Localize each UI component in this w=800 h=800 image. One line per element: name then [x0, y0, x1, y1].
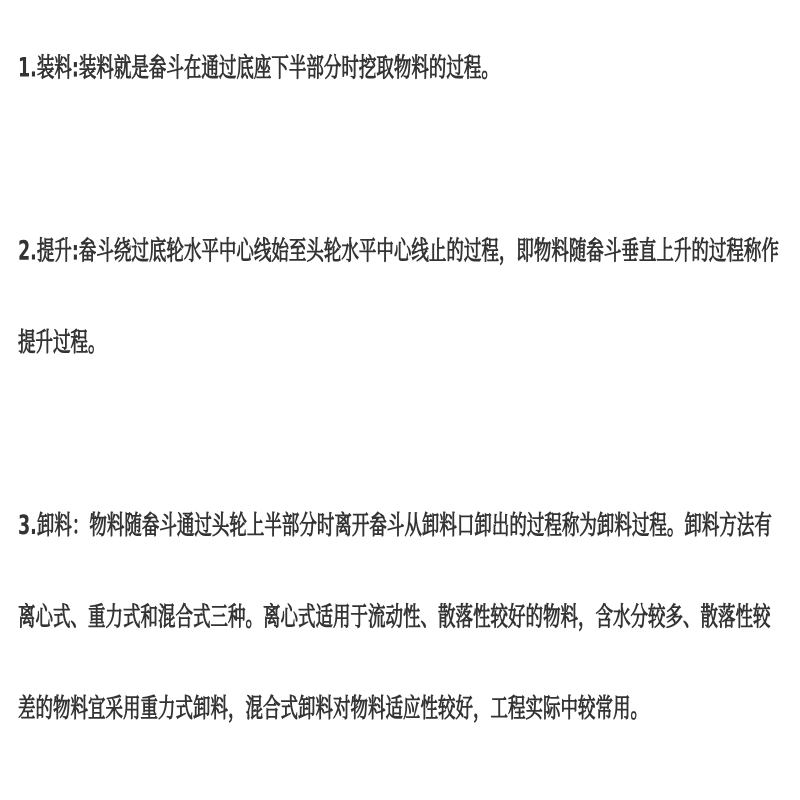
document-body: 1.装料:装料就是畚斗在通过底座下半部分时挖取物料的过程。 2.提升:畚斗绕过底… — [0, 0, 800, 756]
paragraph-loading: 1.装料:装料就是畚斗在通过底座下半部分时挖取物料的过程。 — [18, 24, 790, 116]
text-line-discharging-2: 离心式、重力式和混合式三种。离心式适用于流动性、散落性较好的物料，含水分较多、散… — [18, 573, 790, 665]
text-line-lifting-1: 2.提升:畚斗绕过底轮水平中心线始至头轮水平中心线止的过程，即物料随畚斗垂直上升… — [18, 207, 790, 299]
page-stretch-wrapper: 1.装料:装料就是畚斗在通过底座下半部分时挖取物料的过程。 2.提升:畚斗绕过底… — [0, 0, 800, 800]
paragraph-discharging: 3.卸料：物料随畚斗通过头轮上半部分时离开畚斗从卸料口卸出的过程称为卸料过程。卸… — [18, 482, 790, 757]
paragraph-lifting: 2.提升:畚斗绕过底轮水平中心线始至头轮水平中心线止的过程，即物料随畚斗垂直上升… — [18, 207, 790, 390]
text-line-loading-1: 1.装料:装料就是畚斗在通过底座下半部分时挖取物料的过程。 — [18, 24, 790, 116]
text-line-lifting-2: 提升过程。 — [18, 299, 790, 391]
text-line-discharging-3: 差的物料宜采用重力式卸料，混合式卸料对物料适应性较好，工程实际中较常用。 — [18, 665, 790, 757]
text-line-discharging-1: 3.卸料：物料随畚斗通过头轮上半部分时离开畚斗从卸料口卸出的过程称为卸料过程。卸… — [18, 482, 790, 574]
